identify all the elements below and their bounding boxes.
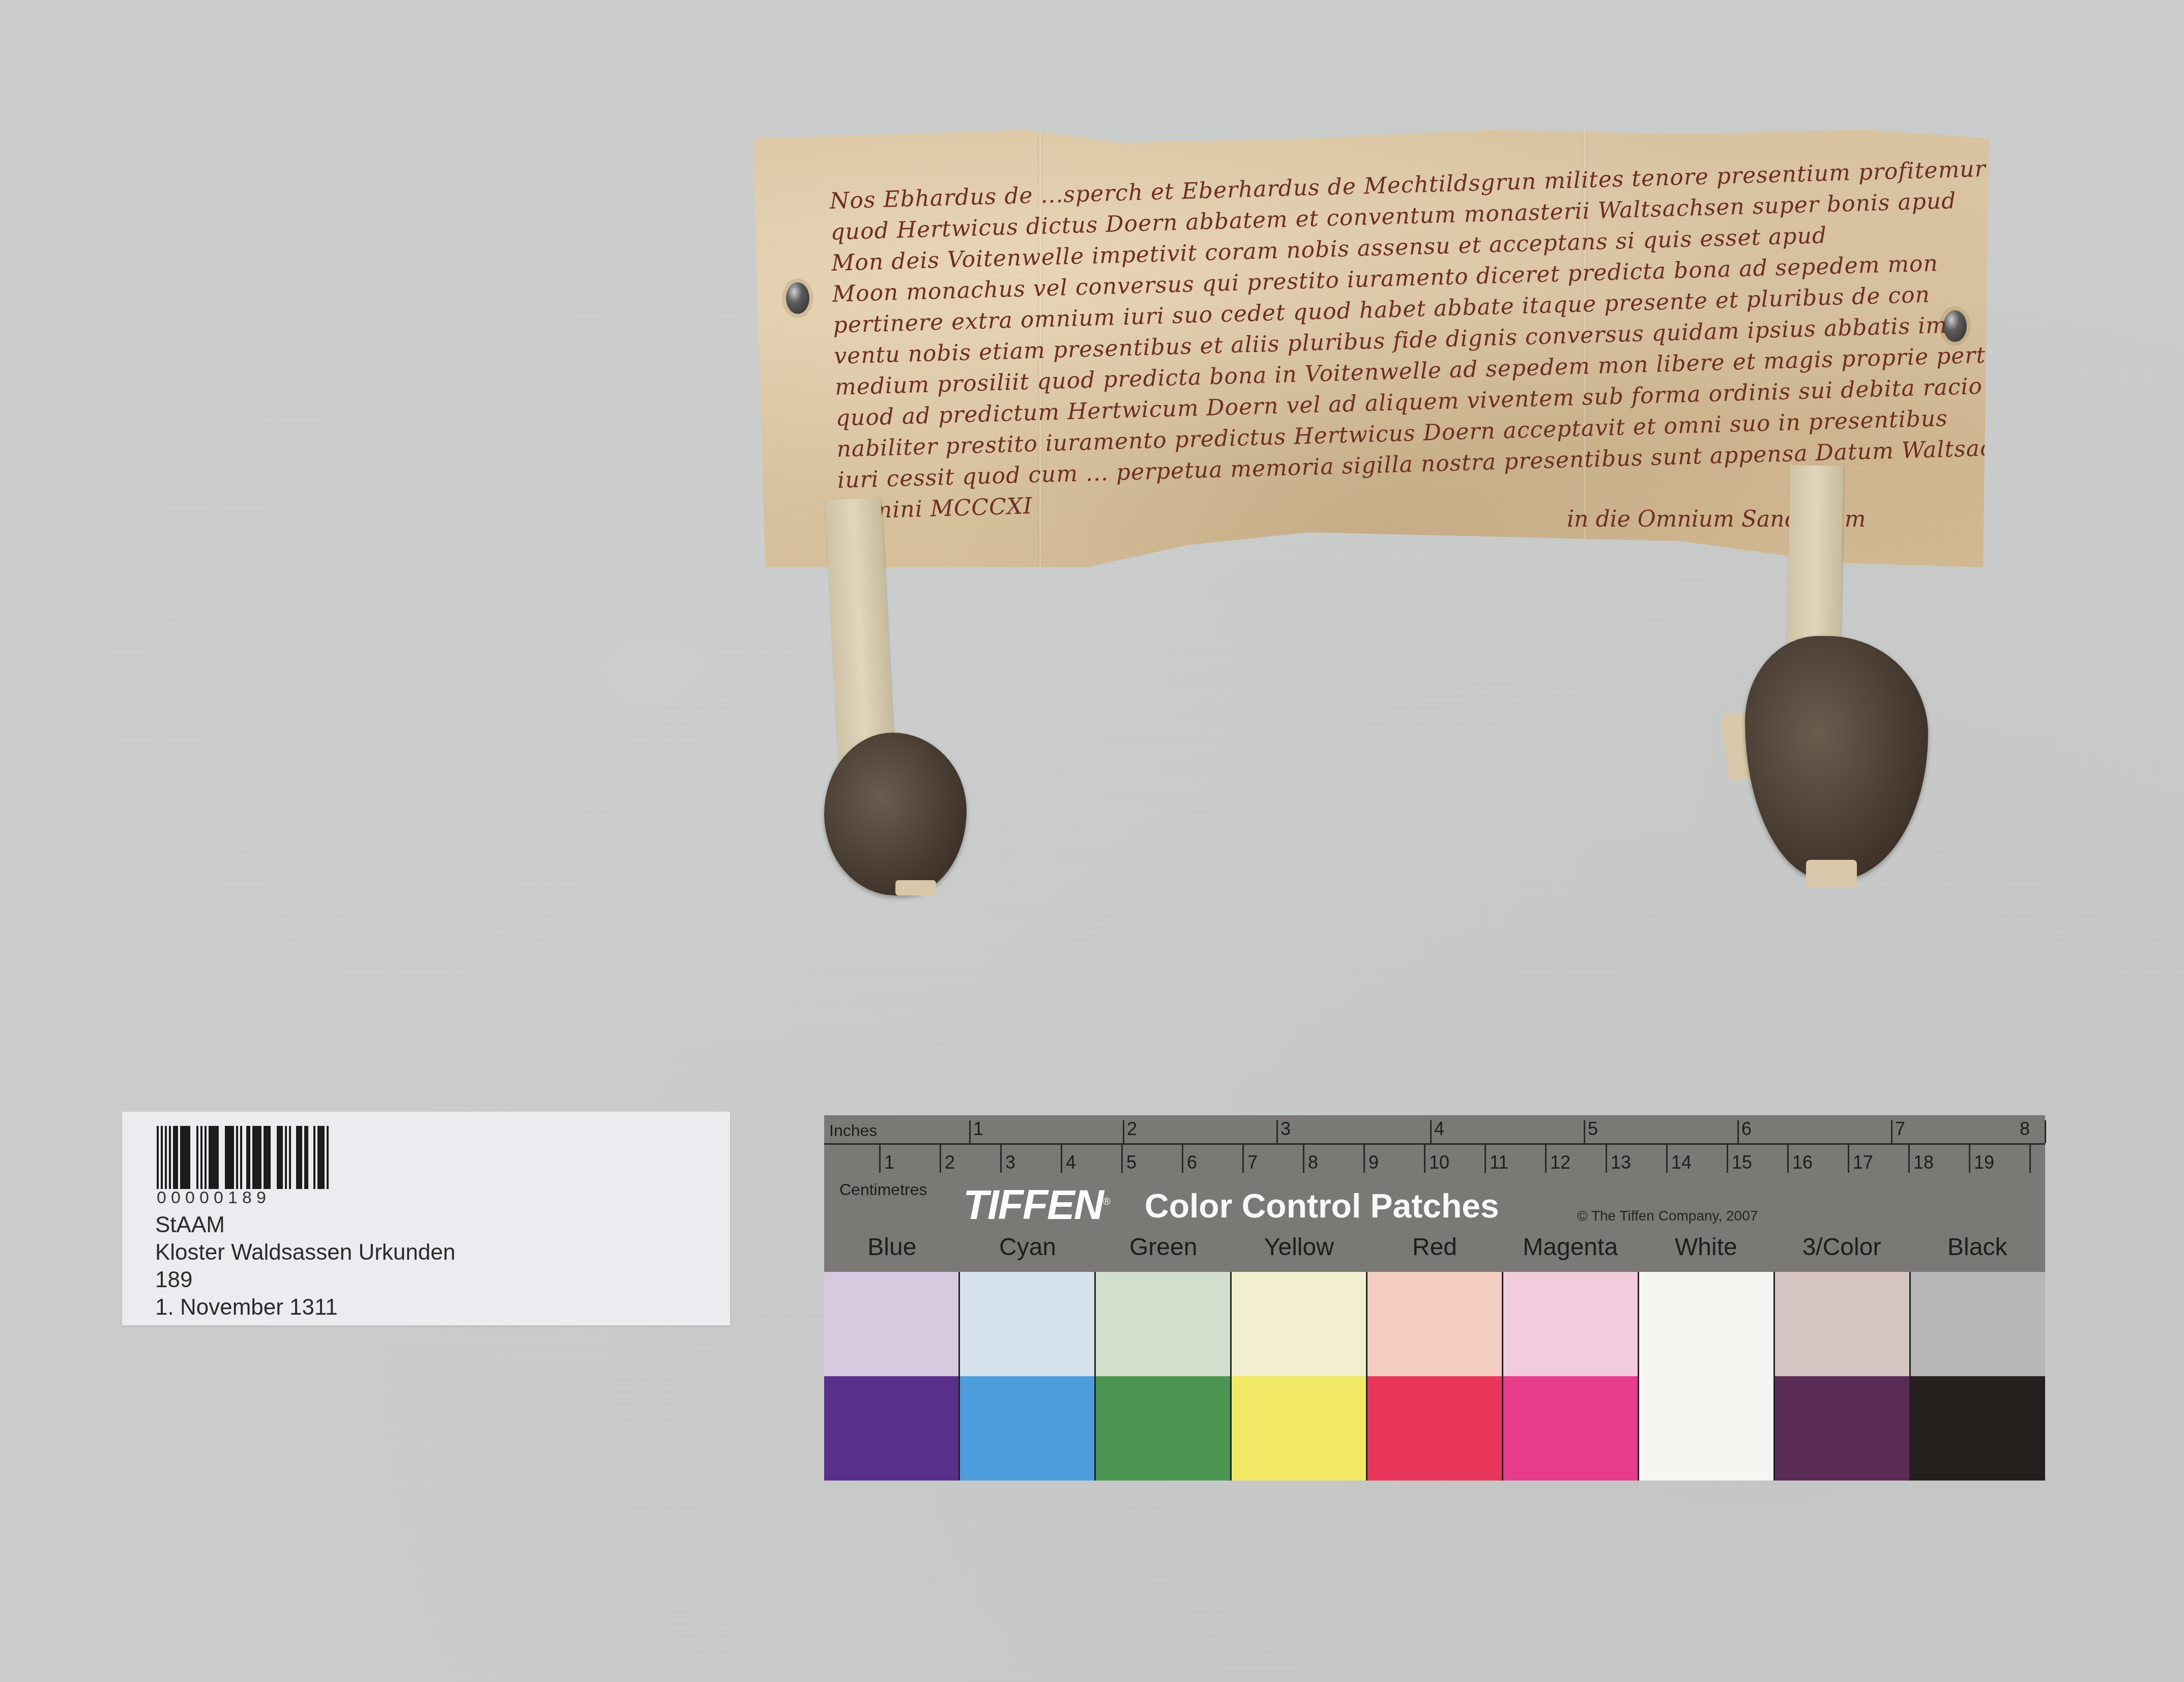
archive-label-card: 00 00 01 89 StAAM Kloster Waldsassen Urk…	[122, 1112, 730, 1325]
patch-dark-red	[1367, 1376, 1503, 1481]
chart-title: Color Control Patches	[1145, 1186, 1499, 1225]
patch-labels: Blue Cyan Green Yellow Red Magenta White…	[824, 1233, 2045, 1261]
chart-copyright: © The Tiffen Company, 2007	[1577, 1208, 1758, 1224]
patch-label-red: Red	[1367, 1233, 1503, 1261]
mounting-rivet-left	[786, 282, 809, 314]
patch-label-black: Black	[1909, 1233, 2045, 1261]
patch-label-blue: Blue	[824, 1233, 960, 1261]
patch-dark-yellow	[1232, 1376, 1367, 1481]
patch-label-cyan: Cyan	[960, 1233, 1096, 1261]
patch-light-3color	[1775, 1272, 1911, 1376]
patch-dark-magenta	[1503, 1376, 1639, 1481]
tiffen-color-chart: Inches 1 2 3 4 5 6 7 8 1 2 3 4 5 6 7 8 9…	[824, 1115, 2045, 1482]
patch-light-yellow	[1232, 1272, 1367, 1376]
patch-label-3color: 3/Color	[1774, 1233, 1910, 1261]
charter-text: Nos Ebhardus de ...sperch et Eberhardus …	[829, 155, 1932, 527]
wax-seal-left	[824, 733, 967, 895]
patch-dark-green	[1096, 1376, 1232, 1481]
patch-label-white: White	[1638, 1233, 1774, 1261]
patch-dark-black	[1911, 1376, 2045, 1481]
patch-light-blue	[824, 1272, 960, 1376]
patch-label-magenta: Magenta	[1502, 1233, 1638, 1261]
tiffen-logo: TIFFEN®	[963, 1181, 1110, 1229]
patch-light-cyan	[960, 1272, 1096, 1376]
seal-tag-end	[1806, 860, 1857, 888]
patch-light-green	[1096, 1272, 1232, 1376]
chart-header: Inches 1 2 3 4 5 6 7 8 1 2 3 4 5 6 7 8 9…	[824, 1115, 2045, 1272]
ruler-divider	[824, 1143, 2045, 1145]
patch-light-black	[1911, 1272, 2045, 1376]
archive-name: StAAM	[155, 1212, 225, 1238]
patch-light-red	[1367, 1272, 1503, 1376]
patch-dark-3color	[1775, 1376, 1911, 1481]
barcode-number: 00 00 01 89	[157, 1188, 264, 1208]
patch-dark-blue	[824, 1376, 960, 1481]
inches-label: Inches	[829, 1121, 877, 1140]
document-number: 189	[155, 1267, 192, 1293]
barcode	[157, 1126, 331, 1189]
dark-patch-row	[824, 1376, 2045, 1481]
patch-light-magenta	[1503, 1272, 1639, 1376]
patch-label-yellow: Yellow	[1231, 1233, 1367, 1261]
patch-dark-white	[1639, 1376, 1775, 1481]
light-patch-row	[824, 1272, 2045, 1376]
patch-dark-cyan	[960, 1376, 1096, 1481]
document-date: 1. November 1311	[155, 1295, 338, 1320]
centimetres-label: Centimetres	[839, 1180, 927, 1199]
collection-name: Kloster Waldsassen Urkunden	[155, 1240, 455, 1265]
patch-label-green: Green	[1095, 1233, 1231, 1261]
seal-tag-end	[895, 880, 936, 895]
patch-light-white	[1639, 1272, 1775, 1376]
